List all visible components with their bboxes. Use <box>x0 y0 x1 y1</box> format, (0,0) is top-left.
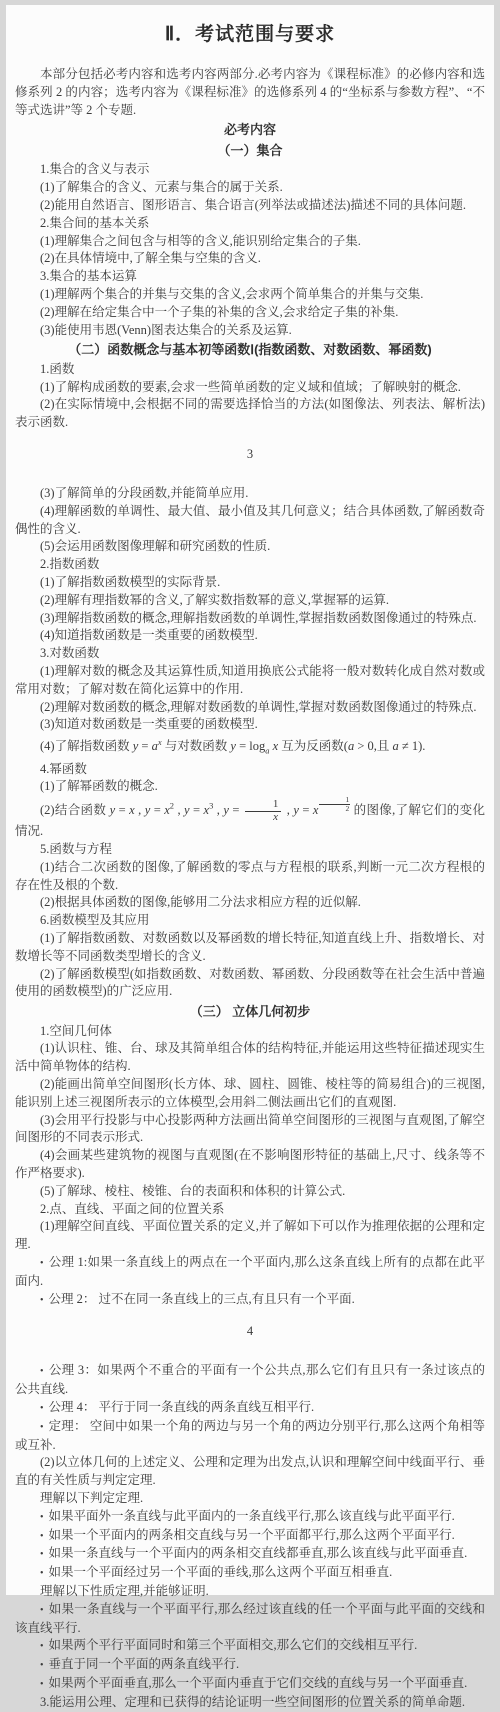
block-text: (2)在具体情境中,了解全集与空集的含义. <box>40 251 261 265</box>
fraction-denominator: 2 <box>319 805 350 813</box>
block-text: 本部分包括必考内容和选考内容两部分.必考内容为《课程标准》的必修内容和选修系列 … <box>15 67 485 117</box>
block-text: (3)了解简单的分段函数,并能简单应用. <box>40 486 248 500</box>
text-line: (5)了解球、棱柱、棱锥、台的表面积和体积的计算公式. <box>15 1183 485 1201</box>
text-line: 理解以下判定定理. <box>15 1490 485 1508</box>
text-line: 1.函数 <box>15 361 485 379</box>
section-heading: （三） 立体几何初步 <box>15 1002 485 1022</box>
text-run: = <box>190 803 204 817</box>
text-line: (1)了解指数函数模型的实际背景. <box>15 574 485 592</box>
block-text: 公理 2： 过不在同一条直线上的三点,有且只有一个平面. <box>49 1292 355 1306</box>
block-text: （一）集合 <box>217 143 282 158</box>
text-run: 与对数函数 <box>162 739 231 753</box>
block-text: （三） 立体几何初步 <box>190 1004 311 1019</box>
bullet-dot: • <box>40 1531 44 1542</box>
block-text: (1)理解空间直线、平面位置关系的定义,并了解如下可以作为推理依据的公理和定理. <box>15 1219 485 1251</box>
text-line: 1.集合的含义与表示 <box>15 161 485 179</box>
block-text: (4)会画某些建筑物的视图与直观图(在不影响图形特征的基础上,尺寸、线条等不作严… <box>15 1148 485 1180</box>
text-line: 2.点、直线、平面之间的位置关系 <box>15 1201 485 1219</box>
document-page: Ⅱ．考试范围与要求 本部分包括必考内容和选考内容两部分.必考内容为《课程标准》的… <box>6 5 494 1595</box>
text-line: 3.对数函数 <box>15 645 485 663</box>
text-line: (3)了解简单的分段函数,并能简单应用. <box>15 485 485 503</box>
text-line: (3)理解指数函数的概念,理解指数函数的单调性,掌握指数函数图像通过的特殊点. <box>15 610 485 628</box>
block-text: (2)能用自然语言、图形语言、集合语言(列举法或描述法)描述不同的具体问题. <box>40 198 466 212</box>
text-run: = <box>299 803 313 817</box>
block-text: (5)会运用函数图像理解和研究函数的性质. <box>40 539 270 553</box>
text-line: (2)理解在给定集合中一个子集的补集的含义,会求给定子集的补集. <box>15 304 485 322</box>
block-text: （二）函数概念与基本初等函数Ⅰ(指数函数、对数函数、幂函数) <box>68 342 432 357</box>
bullet-line: •公理 1:如果一条直线上的两点在一个平面内,那么这条直线上所有的点都在此平面内… <box>15 1254 485 1291</box>
bullet-line: •如果平面外一条直线与此平面内的一条直线平行,那么该直线与此平面平行. <box>15 1508 485 1527</box>
text-line: (4)知道指数函数是一类重要的函数模型. <box>15 627 485 645</box>
block-text: 定理： 空间中如果一个角的两边与另一个角的两边分别平行,那么这两个角相等或互补. <box>15 1419 485 1452</box>
bullet-dot: • <box>40 1422 44 1433</box>
fraction: 12 <box>319 796 350 812</box>
text-line: (1)了解指数函数、对数函数以及幂函数的增长特征,知道直线上升、指数增长、对数增… <box>15 930 485 966</box>
bullet-line: •如果一个平面内的两条相交直线与另一个平面都平行,那么这两个平面平行. <box>15 1527 485 1546</box>
text-line: (1)了解构成函数的要素,会求一些简单函数的定义域和值域；了解映射的概念. <box>15 379 485 397</box>
bullet-dot: • <box>40 1549 44 1560</box>
block-text: 公理 4： 平行于同一条直线的两条直线互相平行. <box>49 1400 315 1414</box>
block-text: 如果一个平面经过另一个平面的垂线,那么这两个平面互相垂直. <box>49 1565 393 1579</box>
bullet-dot: • <box>40 1258 44 1269</box>
text-line: (1)理解集合之间包含与相等的含义,能识别给定集合的子集. <box>15 233 485 251</box>
text-line: (1)了解幂函数的概念. <box>15 778 485 796</box>
block-text: 3.对数函数 <box>40 646 99 660</box>
text-line: (1)理解空间直线、平面位置关系的定义,并了解如下可以作为推理依据的公理和定理. <box>15 1218 485 1254</box>
text-run: = <box>138 739 151 753</box>
block-text: (2)理解对数函数的概念,理解对数函数的单调性,掌握对数函数图像通过的特殊点. <box>40 700 476 714</box>
block-text: (1)了解指数函数模型的实际背景. <box>40 575 220 589</box>
block-text: (2)了解函数模型(如指数函数、对数函数、幂函数、分段函数等在社会生活中普遍使用… <box>15 967 485 999</box>
block-text: 4.幂函数 <box>40 762 87 776</box>
text-line: 3.集合的基本运算 <box>15 268 485 286</box>
bullet-line: •公理 2： 过不在同一条直线上的三点,有且只有一个平面. <box>15 1291 485 1310</box>
block-text: 如果平面外一条直线与此平面内的一条直线平行,那么该直线与此平面平行. <box>49 1509 455 1523</box>
text-line: (2)理解对数函数的概念,理解对数函数的单调性,掌握对数函数图像通过的特殊点. <box>15 699 485 717</box>
text-line: (4)会画某些建筑物的视图与直观图(在不影响图形特征的基础上,尺寸、线条等不作严… <box>15 1147 485 1183</box>
block-text: (1)理解两个集合的并集与交集的含义,会求两个简单集合的并集与交集. <box>40 287 423 301</box>
text-run: = <box>229 803 243 817</box>
text-line: (1)了解集合的含义、元素与集合的属于关系. <box>15 179 485 197</box>
text-run: , <box>213 803 223 817</box>
text-line: (4)理解函数的单调性、最大值、最小值及其几何意义；结合具体函数,了解函数奇偶性… <box>15 503 485 539</box>
section-heading: （一）集合 <box>15 141 485 161</box>
text-run: = <box>150 803 164 817</box>
text-line: 理解以下性质定理,并能够证明. <box>15 1583 485 1600</box>
block-text: 1.函数 <box>40 362 74 376</box>
bullet-line: •如果一个平面经过另一个平面的垂线,那么这两个平面互相垂直. <box>15 1564 485 1583</box>
text-run: = <box>115 803 129 817</box>
block-text: (3)能使用韦恩(Venn)图表达集合的关系及运算. <box>40 323 292 337</box>
block-text: 2.集合间的基本关系 <box>40 216 149 230</box>
bullet-line: •如果一条直线与一个平面内的两条相交直线都垂直,那么该直线与此平面垂直. <box>15 1545 485 1564</box>
page-number: 4 <box>15 1322 485 1340</box>
document-body: 本部分包括必考内容和选考内容两部分.必考内容为《课程标准》的必修内容和选修系列 … <box>15 66 485 1600</box>
block-text: (1)了解构成函数的要素,会求一些简单函数的定义域和值域；了解映射的概念. <box>40 380 461 394</box>
fraction: 1x <box>245 799 282 823</box>
text-run: ≠ 1). <box>399 739 426 753</box>
text-line: (2)能画出简单空间图形(长方体、球、圆柱、圆锥、棱柱等的简易组合)的三视图,能… <box>15 1076 485 1112</box>
section-heading: 必考内容 <box>15 120 485 140</box>
block-text: 1.空间几何体 <box>40 1024 112 1038</box>
bullet-dot: • <box>40 1295 44 1306</box>
text-run: (4)了解指数函数 <box>40 739 133 753</box>
text-run: = log <box>236 739 265 753</box>
block-text: 如果一个平面内的两条相交直线与另一个平面都平行,那么这两个平面平行. <box>49 1528 455 1542</box>
block-text: 如果一条直线与一个平面内的两条相交直线都垂直,那么该直线与此平面垂直. <box>49 1546 468 1560</box>
text-line: (2)在具体情境中,了解全集与空集的含义. <box>15 250 485 268</box>
block-text: (2)以立体几何的上述定义、公理和定理为出发点,认识和理解空间中线面平行、垂直的… <box>15 1455 485 1487</box>
block-text: (4)理解函数的单调性、最大值、最小值及其几何意义；结合具体函数,了解函数奇偶性… <box>15 504 485 536</box>
bullet-dot: • <box>40 1512 44 1523</box>
text-line: 6.函数模型及其应用 <box>15 912 485 930</box>
bullet-line: •公理 4： 平行于同一条直线的两条直线互相平行. <box>15 1399 485 1418</box>
block-text: (2)理解有理指数幂的含义,了解实数指数幂的意义,掌握幂的运算. <box>40 593 389 607</box>
formula-line: (4)了解指数函数 y = ax 与对数函数 y = loga x 互为反函数(… <box>15 734 485 760</box>
block-text: 5.函数与方程 <box>40 842 112 856</box>
block-text: (2)理解在给定集合中一个子集的补集的含义,会求给定子集的补集. <box>40 305 398 319</box>
block-text: 6.函数模型及其应用 <box>40 913 149 927</box>
text-line: (2)了解函数模型(如指数函数、对数函数、幂函数、分段函数等在社会生活中普遍使用… <box>15 966 485 1002</box>
section-heading: （二）函数概念与基本初等函数Ⅰ(指数函数、对数函数、幂函数) <box>15 340 485 360</box>
text-line: (3)知道对数函数是一类重要的函数模型. <box>15 716 485 734</box>
block-text: 必考内容 <box>224 122 276 137</box>
text-line: (5)会运用函数图像理解和研究函数的性质. <box>15 538 485 556</box>
text-run: > 0,且 <box>354 739 392 753</box>
text-line: (2)能用自然语言、图形语言、集合语言(列举法或描述法)描述不同的具体问题. <box>15 197 485 215</box>
text-line: 2.指数函数 <box>15 556 485 574</box>
text-run: (2)结合函数 <box>40 803 110 817</box>
block-text: (2)能画出简单空间图形(长方体、球、圆柱、圆锥、棱柱等的简易组合)的三视图,能… <box>15 1077 485 1109</box>
formula-line: (2)结合函数 y = x , y = x2 , y = x3 , y = 1x… <box>15 796 485 841</box>
block-text: (1)理解集合之间包含与相等的含义,能识别给定集合的子集. <box>40 234 361 248</box>
text-line: (2)理解有理指数幂的含义,了解实数指数幂的意义,掌握幂的运算. <box>15 592 485 610</box>
block-text: (4)知道指数函数是一类重要的函数模型. <box>40 628 258 642</box>
page-number: 3 <box>15 445 485 463</box>
bullet-dot: • <box>40 1403 44 1414</box>
block-text: 公理 1:如果一条直线上的两点在一个平面内,那么这条直线上所有的点都在此平面内. <box>15 1255 485 1288</box>
block-text: (3)理解指数函数的概念,理解指数函数的单调性,掌握指数函数图像通过的特殊点. <box>40 611 476 625</box>
block-text: (3)会用平行投影与中心投影两种方法画出简单空间图形的三视图与直观图,了解空间图… <box>15 1113 485 1145</box>
block-text: 公理 3：如果两个不重合的平面有一个公共点,那么它们有且只有一条过该点的公共直线… <box>15 1363 485 1396</box>
text-line: 5.函数与方程 <box>15 841 485 859</box>
text-line: (3)会用平行投影与中心投影两种方法画出简单空间图形的三视图与直观图,了解空间图… <box>15 1112 485 1148</box>
text-run: , <box>135 803 145 817</box>
text-run: , <box>283 803 293 817</box>
bullet-line: •定理： 空间中如果一个角的两边与另一个角的两边分别平行,那么这两个角相等或互补… <box>15 1418 485 1455</box>
block-text: 1.集合的含义与表示 <box>40 162 149 176</box>
text-line: 本部分包括必考内容和选考内容两部分.必考内容为《课程标准》的必修内容和选修系列 … <box>15 66 485 119</box>
text-line: (1)理解对数的概念及其运算性质,知道用换底公式能将一般对数转化成自然对数或常用… <box>15 663 485 699</box>
text-run: x <box>313 803 319 817</box>
block-text: (3)知道对数函数是一类重要的函数模型. <box>40 717 258 731</box>
fraction-denominator: x <box>245 812 282 824</box>
block-text: 2.指数函数 <box>40 557 99 571</box>
block-text: (2)在实际情境中,会根据不同的需要选择恰当的方法(如图像法、列表法、解析法)表… <box>15 397 485 429</box>
block-text: 2.点、直线、平面之间的位置关系 <box>40 1202 224 1216</box>
block-text: (1)认识柱、锥、台、球及其简单组合体的结构特征,并能运用这些特征描述现实生活中… <box>15 1041 485 1073</box>
block-text: 理解以下判定定理. <box>40 1491 143 1505</box>
block-text: (1)了解集合的含义、元素与集合的属于关系. <box>40 180 283 194</box>
text-line: 4.幂函数 <box>15 761 485 779</box>
bullet-dot: • <box>40 1366 44 1377</box>
block-text: (1)理解对数的概念及其运算性质,知道用换底公式能将一般对数转化成自然对数或常用… <box>15 664 485 696</box>
text-line: (2)根据具体函数的图像,能够用二分法求相应方程的近似解. <box>15 894 485 912</box>
text-line: (1)认识柱、锥、台、球及其简单组合体的结构特征,并能运用这些特征描述现实生活中… <box>15 1040 485 1076</box>
block-text: (2)根据具体函数的图像,能够用二分法求相应方程的近似解. <box>40 895 361 909</box>
text-line: (2)在实际情境中,会根据不同的需要选择恰当的方法(如图像法、列表法、解析法)表… <box>15 396 485 432</box>
block-text: 3 <box>247 447 253 461</box>
text-run: 互为反函数( <box>278 739 348 753</box>
text-line: 2.集合间的基本关系 <box>15 215 485 233</box>
block-text: 理解以下性质定理,并能够证明. <box>40 1584 209 1598</box>
text-line: (1)结合二次函数的图像,了解函数的零点与方程根的联系,判断一元二次方程根的存在… <box>15 859 485 895</box>
block-text: (1)结合二次函数的图像,了解函数的零点与方程根的联系,判断一元二次方程根的存在… <box>15 860 485 892</box>
document-title: Ⅱ．考试范围与要求 <box>15 19 485 46</box>
text-run: , <box>174 803 184 817</box>
block-text: 3.集合的基本运算 <box>40 269 137 283</box>
block-text: 4 <box>247 1324 253 1338</box>
text-line: 1.空间几何体 <box>15 1023 485 1041</box>
bullet-line: •公理 3：如果两个不重合的平面有一个公共点,那么它们有且只有一条过该点的公共直… <box>15 1362 485 1399</box>
text-line: (3)能使用韦恩(Venn)图表达集合的关系及运算. <box>15 322 485 340</box>
fraction-numerator: 1 <box>245 799 282 812</box>
text-line: (1)理解两个集合的并集与交集的含义,会求两个简单集合的并集与交集. <box>15 286 485 304</box>
block-text: (1)了解指数函数、对数函数以及幂函数的增长特征,知道直线上升、指数增长、对数增… <box>15 931 485 963</box>
block-text: (1)了解幂函数的概念. <box>40 779 158 793</box>
bullet-dot: • <box>40 1568 44 1579</box>
text-line: (2)以立体几何的上述定义、公理和定理为出发点,认识和理解空间中线面平行、垂直的… <box>15 1454 485 1490</box>
block-text: (5)了解球、棱柱、棱锥、台的表面积和体积的计算公式. <box>40 1184 345 1198</box>
